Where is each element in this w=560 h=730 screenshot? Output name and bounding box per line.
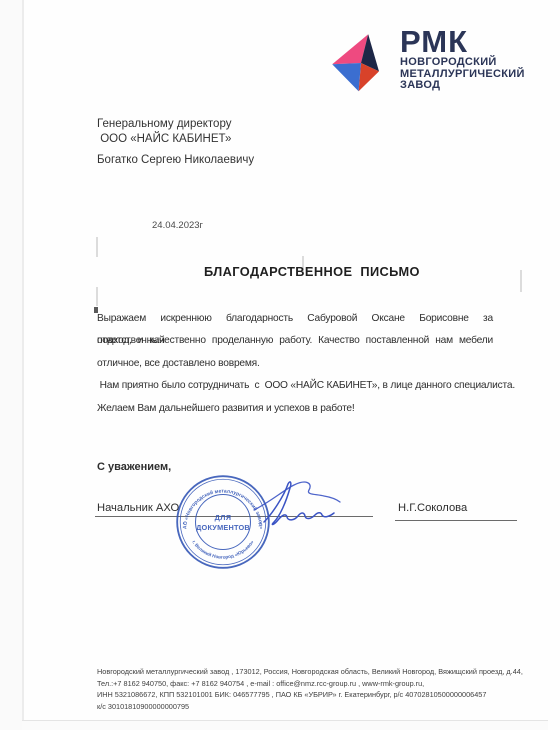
stamp-inner-ring bbox=[196, 495, 251, 550]
signer-name-underline bbox=[395, 520, 517, 521]
logo-company-name: НОВГОРОДСКИЙ МЕТАЛЛУРГИЧЕСКИЙ ЗАВОД bbox=[400, 57, 525, 92]
scan-artifact bbox=[96, 237, 98, 257]
addressee-block: Генеральному директору ООО «НАЙС КАБИНЕТ… bbox=[97, 117, 254, 168]
company-logo: РМК НОВГОРОДСКИЙ МЕТАЛЛУРГИЧЕСКИЙ ЗАВОД bbox=[331, 27, 525, 96]
body-line: отличное, все доставлено вовремя. bbox=[97, 353, 493, 375]
signature-stroke bbox=[264, 482, 334, 525]
logo-abbr: РМК bbox=[400, 27, 525, 57]
letter-date: 24.04.2023г bbox=[152, 220, 203, 231]
page-edge-bottom bbox=[22, 720, 548, 730]
rmk-logo-icon bbox=[331, 30, 391, 96]
letter-body: Выражаем искреннюю благодарность Сабуров… bbox=[97, 308, 493, 420]
stamp-separator: • bbox=[183, 521, 185, 527]
letter-page: РМК НОВГОРОДСКИЙ МЕТАЛЛУРГИЧЕСКИЙ ЗАВОД … bbox=[0, 0, 560, 730]
footer-requisites: Новгородский металлургический завод , 17… bbox=[97, 666, 523, 712]
footer-line: к/с 30101810900000000795 bbox=[97, 701, 523, 713]
body-line: подход, и качественно проделанную работу… bbox=[97, 330, 493, 352]
footer-line: ИНН 5321086672, КПП 532101001 БИК: 04657… bbox=[97, 689, 523, 701]
body-line: Нам приятно было сотрудничать с ООО «НАЙ… bbox=[97, 375, 493, 397]
stamp-center-text: ДЛЯ bbox=[215, 513, 232, 522]
body-line: Желаем Вам дальнейшего развития и успехо… bbox=[97, 398, 493, 420]
stamp-center-text: ДОКУМЕНТОВ bbox=[196, 523, 250, 532]
logo-name-line: ЗАВОД bbox=[400, 80, 525, 92]
addressee-line: ООО «НАЙС КАБИНЕТ» bbox=[97, 132, 254, 147]
logo-text-block: РМК НОВГОРОДСКИЙ МЕТАЛЛУРГИЧЕСКИЙ ЗАВОД bbox=[400, 27, 525, 92]
body-line: Выражаем искреннюю благодарность Сабуров… bbox=[97, 308, 493, 330]
letter-title: БЛАГОДАРСТВЕННОЕ ПИСЬМО bbox=[204, 264, 420, 279]
closing-regards: С уважением, bbox=[97, 461, 171, 473]
scan-artifact bbox=[520, 270, 522, 292]
signature-flourish bbox=[254, 482, 340, 510]
addressee-line: Генеральному директору bbox=[97, 117, 254, 132]
footer-line: Новгородский металлургический завод , 17… bbox=[97, 666, 523, 678]
scan-artifact bbox=[96, 287, 98, 306]
footer-line: Тел.:+7 8162 940750, факс: +7 8162 94075… bbox=[97, 678, 523, 690]
handwritten-signature bbox=[250, 478, 345, 528]
addressee-line: Богатко Сергею Николаевичу bbox=[97, 153, 254, 168]
page-edge-left bbox=[0, 0, 24, 730]
logo-name-line: НОВГОРОДСКИЙ bbox=[400, 57, 525, 69]
logo-facet-blue bbox=[332, 63, 361, 91]
signer-name: Н.Г.Соколова bbox=[398, 502, 467, 514]
